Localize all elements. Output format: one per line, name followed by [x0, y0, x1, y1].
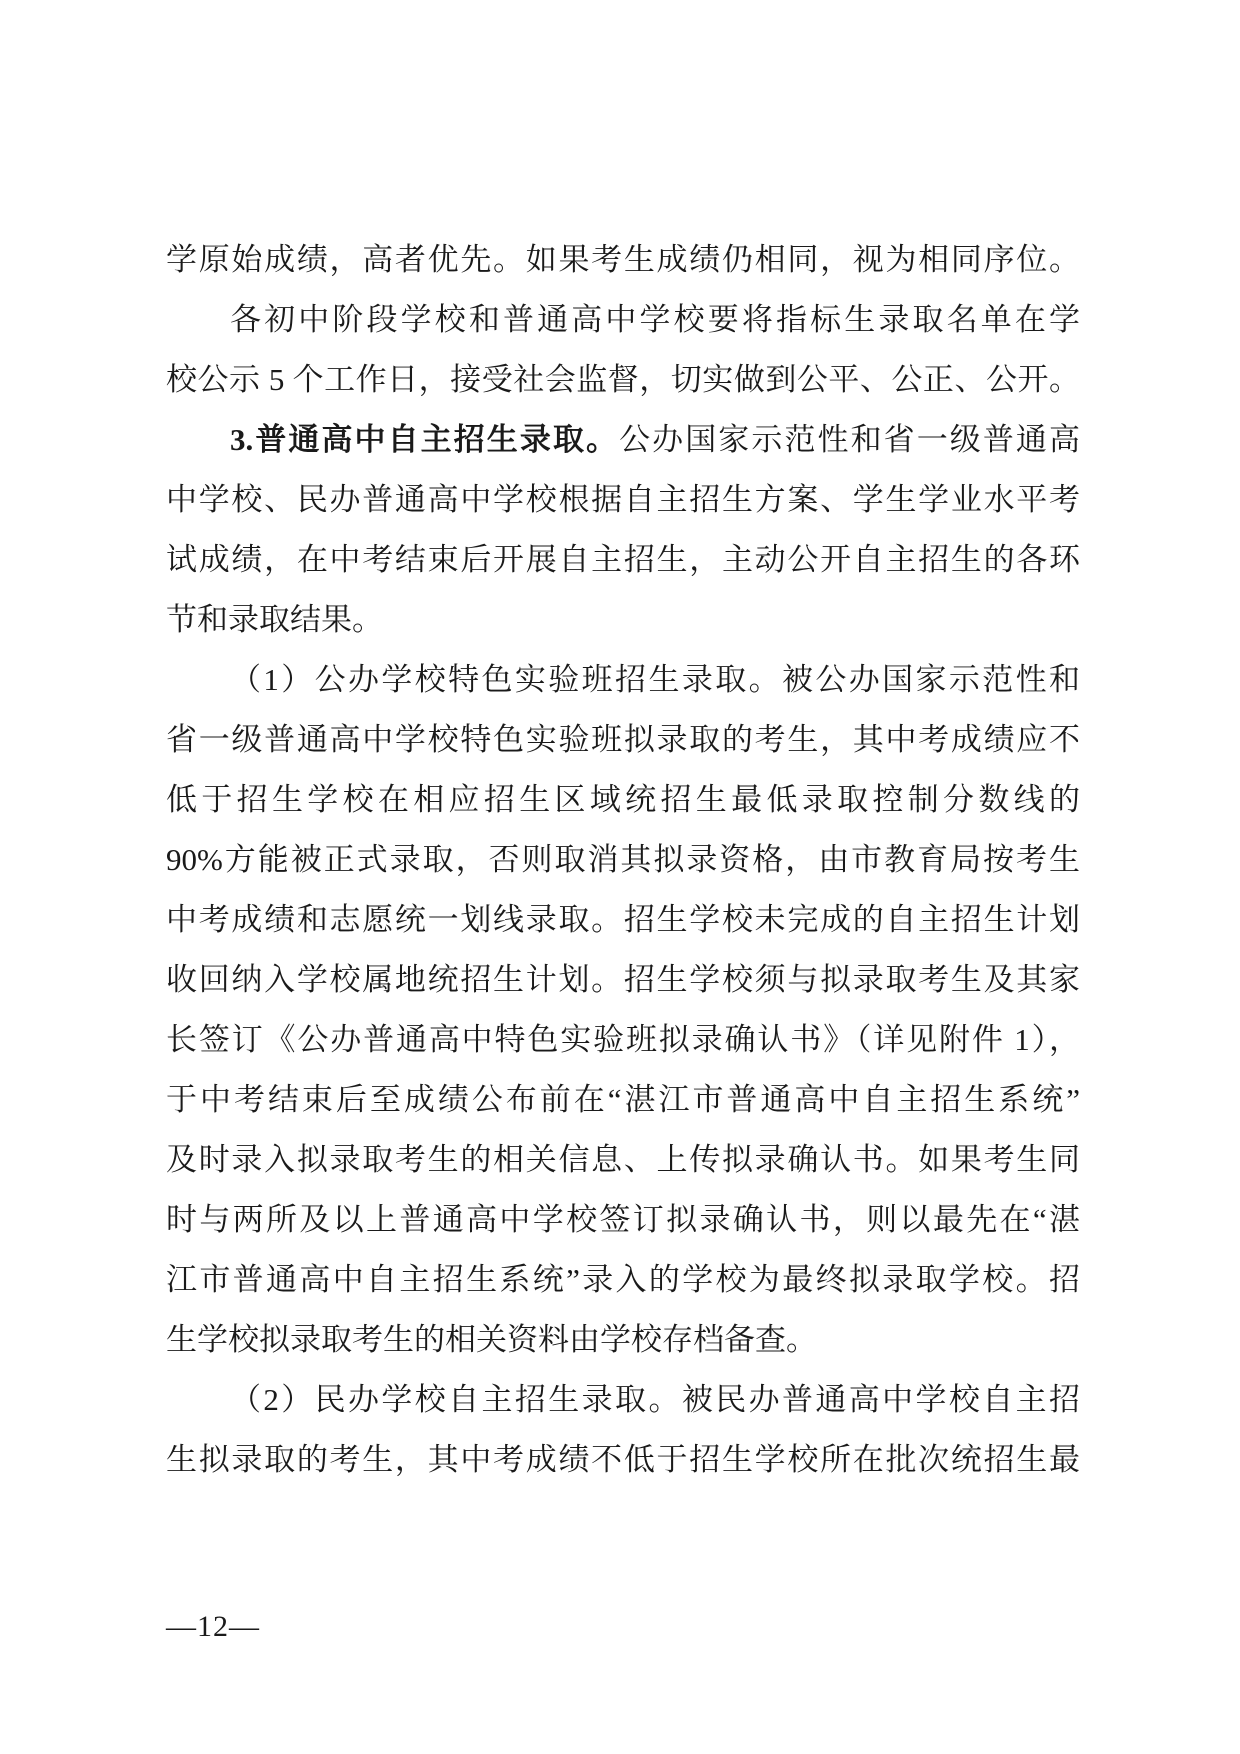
document-page: 学原始成绩，高者优先。如果考生成绩仍相同，视为相同序位。各初中阶段学校和普通高中… [0, 0, 1240, 1754]
text-line: 生拟录取的考生，其中考成绩不低于招生学校所在批次统招生最 [166, 1430, 1080, 1490]
text-line: 于中考结束后至成绩公布前在“湛江市普通高中自主招生系统” [166, 1070, 1080, 1130]
para-2-private-school-self-enrollment: （2）民办学校自主招生录取。被民办普通高中学校自主招生拟录取的考生，其中考成绩不… [166, 1370, 1080, 1490]
text-line: 各初中阶段学校和普通高中学校要将指标生录取名单在学 [166, 290, 1080, 350]
text-line: 江市普通高中自主招生系统”录入的学校为最终拟录取学校。招 [166, 1250, 1080, 1310]
para-1-public-school-special-experimental-class: （1）公办学校特色实验班招生录取。被公办国家示范性和省一级普通高中学校特色实验班… [166, 650, 1080, 1370]
text-line: 中学校、民办普通高中学校根据自主招生方案、学生学业水平考 [166, 470, 1080, 530]
text-line: 学原始成绩，高者优先。如果考生成绩仍相同，视为相同序位。 [166, 230, 1080, 290]
text-line: 及时录入拟录取考生的相关信息、上传拟录确认书。如果考生同 [166, 1130, 1080, 1190]
text-run: 各初中阶段学校和普通高中学校要将指标生录取名单在学 [230, 302, 1080, 337]
document-body: 学原始成绩，高者优先。如果考生成绩仍相同，视为相同序位。各初中阶段学校和普通高中… [166, 230, 1080, 1490]
text-run: （2）民办学校自主招生录取。被民办普通高中学校自主招 [230, 1382, 1080, 1417]
text-run: 校公示 5 个工作日，接受社会监督，切实做到公平、公正、公开。 [166, 362, 1080, 397]
text-run: 学原始成绩，高者优先。如果考生成绩仍相同，视为相同序位。 [166, 242, 1080, 277]
text-line: 3.普通高中自主招生录取。公办国家示范性和省一级普通高 [166, 410, 1080, 470]
text-run: 长签订《公办普通高中特色实验班拟录确认书》（详见附件 1）， [166, 1022, 1080, 1057]
text-run: 中学校、民办普通高中学校根据自主招生方案、学生学业水平考 [166, 482, 1080, 517]
text-run: 于中考结束后至成绩公布前在“湛江市普通高中自主招生系统” [166, 1082, 1080, 1117]
text-line: 收回纳入学校属地统招生计划。招生学校须与拟录取考生及其家 [166, 950, 1080, 1010]
para-indicator-list-publicity: 各初中阶段学校和普通高中学校要将指标生录取名单在学校公示 5 个工作日，接受社会… [166, 290, 1080, 410]
text-run: 生拟录取的考生，其中考成绩不低于招生学校所在批次统招生最 [166, 1442, 1080, 1477]
text-line: 节和录取结果。 [166, 590, 1080, 650]
text-run: 省一级普通高中学校特色实验班拟录取的考生，其中考成绩应不 [166, 722, 1080, 757]
text-line: 生学校拟录取考生的相关资料由学校存档备查。 [166, 1310, 1080, 1370]
text-run: 中考成绩和志愿统一划线录取。招生学校未完成的自主招生计划 [166, 902, 1080, 937]
text-run: 收回纳入学校属地统招生计划。招生学校须与拟录取考生及其家 [166, 962, 1080, 997]
text-line: 长签订《公办普通高中特色实验班拟录确认书》（详见附件 1）， [166, 1010, 1080, 1070]
text-line: 时与两所及以上普通高中学校签订拟录确认书，则以最先在“湛 [166, 1190, 1080, 1250]
text-run: 90%方能被正式录取，否则取消其拟录资格，由市教育局按考生 [166, 842, 1080, 877]
para-carryover-indicator-rank: 学原始成绩，高者优先。如果考生成绩仍相同，视为相同序位。 [166, 230, 1080, 290]
text-line: （2）民办学校自主招生录取。被民办普通高中学校自主招 [166, 1370, 1080, 1430]
text-line: 90%方能被正式录取，否则取消其拟录资格，由市教育局按考生 [166, 830, 1080, 890]
text-run: 低于招生学校在相应招生区域统招生最低录取控制分数线的 [166, 782, 1080, 817]
text-line: 试成绩，在中考结束后开展自主招生，主动公开自主招生的各环 [166, 530, 1080, 590]
bold-text-run: 3.普通高中自主招生录取。 [230, 422, 619, 457]
text-line: 省一级普通高中学校特色实验班拟录取的考生，其中考成绩应不 [166, 710, 1080, 770]
text-line: 中考成绩和志愿统一划线录取。招生学校未完成的自主招生计划 [166, 890, 1080, 950]
text-run: 及时录入拟录取考生的相关信息、上传拟录确认书。如果考生同 [166, 1142, 1080, 1177]
text-run: 公办国家示范性和省一级普通高 [619, 422, 1080, 457]
para-3-self-enrollment-admission: 3.普通高中自主招生录取。公办国家示范性和省一级普通高中学校、民办普通高中学校根… [166, 410, 1080, 650]
text-run: 江市普通高中自主招生系统”录入的学校为最终拟录取学校。招 [166, 1262, 1080, 1297]
text-run: 试成绩，在中考结束后开展自主招生，主动公开自主招生的各环 [166, 542, 1080, 577]
text-line: 低于招生学校在相应招生区域统招生最低录取控制分数线的 [166, 770, 1080, 830]
text-run: 节和录取结果。 [166, 602, 383, 637]
page-number: —12— [166, 1610, 260, 1644]
text-line: 校公示 5 个工作日，接受社会监督，切实做到公平、公正、公开。 [166, 350, 1080, 410]
text-run: （1）公办学校特色实验班招生录取。被公办国家示范性和 [230, 662, 1080, 697]
text-run: 时与两所及以上普通高中学校签订拟录确认书，则以最先在“湛 [166, 1202, 1080, 1237]
text-line: （1）公办学校特色实验班招生录取。被公办国家示范性和 [166, 650, 1080, 710]
text-run: 生学校拟录取考生的相关资料由学校存档备查。 [166, 1322, 817, 1357]
